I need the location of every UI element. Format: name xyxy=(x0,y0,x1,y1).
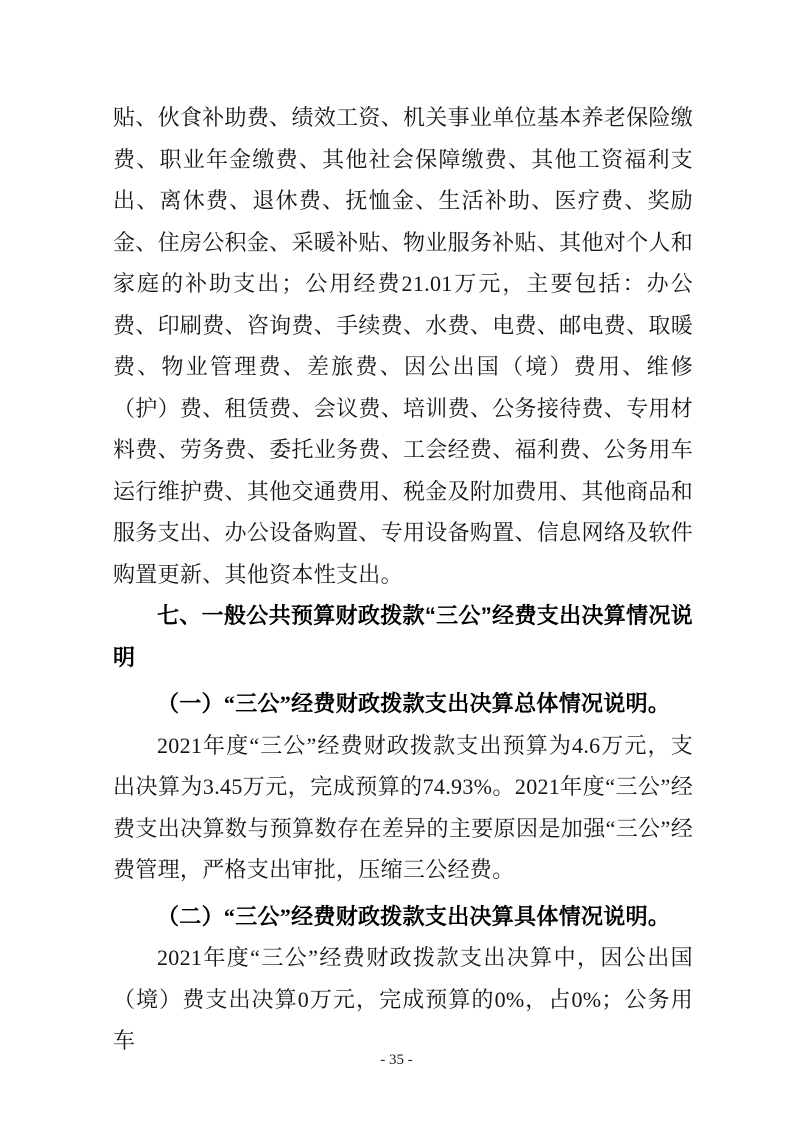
paragraph-expense-items: 贴、伙食补助费、绩效工资、机关事业单位基本养老保险缴费、职业年金缴费、其他社会保… xyxy=(113,97,693,595)
paragraph-overall-situation: 2021年度“三公”经费财政拨款支出预算为4.6万元，支出决算为3.45万元，完… xyxy=(113,725,693,891)
page-number: - 35 - xyxy=(0,1052,793,1069)
document-page: 贴、伙食补助费、绩效工资、机关事业单位基本养老保险缴费、职业年金缴费、其他社会保… xyxy=(0,0,793,1122)
subsection-heading-1: （一）“三公”经费财政拨款支出决算总体情况说明。 xyxy=(113,683,693,725)
subsection-heading-2: （二）“三公”经费财政拨款支出决算具体情况说明。 xyxy=(113,896,693,938)
paragraph-specific-situation: 2021年度“三公”经费财政拨款支出决算中，因公出国（境）费支出决算0万元，完成… xyxy=(113,937,693,1062)
section-heading-7: 七、一般公共预算财政拨款“三公”经费支出决算情况说明 xyxy=(113,595,693,678)
